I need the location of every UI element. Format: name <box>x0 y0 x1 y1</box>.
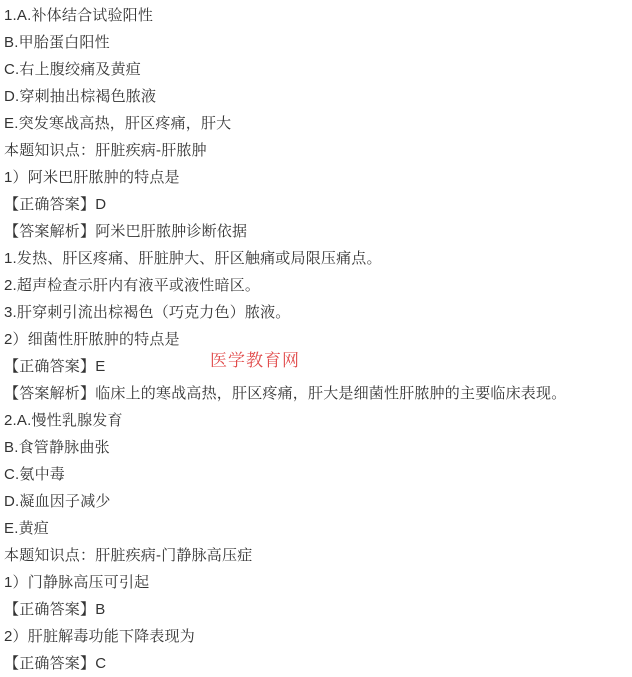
text-line: B.甲胎蛋白阳性 <box>4 29 632 56</box>
text-line: B.食管静脉曲张 <box>4 434 632 461</box>
text-line: 【答案解析】临床上的寒战高热，肝区疼痛，肝大是细菌性肝脓肿的主要临床表现。 <box>4 380 632 407</box>
text-line: 2）肝脏解毒功能下降表现为 <box>4 623 632 650</box>
text-line: 【正确答案】D <box>4 191 632 218</box>
text-line: 本题知识点：肝脏疾病-肝脓肿 <box>4 137 632 164</box>
text-line: 【正确答案】E <box>4 353 632 380</box>
text-line: D.穿刺抽出棕褐色脓液 <box>4 83 632 110</box>
question-text-block: 1.A.补体结合试验阳性B.甲胎蛋白阳性C.右上腹绞痛及黄疸D.穿刺抽出棕褐色脓… <box>4 2 632 677</box>
text-line: C.氨中毒 <box>4 461 632 488</box>
text-line: C.右上腹绞痛及黄疸 <box>4 56 632 83</box>
text-line: D.凝血因子减少 <box>4 488 632 515</box>
text-line: 【正确答案】C <box>4 650 632 677</box>
exam-document: 1.A.补体结合试验阳性B.甲胎蛋白阳性C.右上腹绞痛及黄疸D.穿刺抽出棕褐色脓… <box>0 0 632 677</box>
text-line: 【答案解析】阿米巴肝脓肿诊断依据 <box>4 218 632 245</box>
text-line: E.黄疸 <box>4 515 632 542</box>
text-line: 本题知识点：肝脏疾病-门静脉高压症 <box>4 542 632 569</box>
text-line: 1.发热、肝区疼痛、肝脏肿大、肝区触痛或局限压痛点。 <box>4 245 632 272</box>
text-line: 3.肝穿刺引流出棕褐色（巧克力色）脓液。 <box>4 299 632 326</box>
text-line: 2.超声检查示肝内有液平或液性暗区。 <box>4 272 632 299</box>
text-line: E.突发寒战高热，肝区疼痛，肝大 <box>4 110 632 137</box>
text-line: 2）细菌性肝脓肿的特点是 <box>4 326 632 353</box>
text-line: 1.A.补体结合试验阳性 <box>4 2 632 29</box>
text-line: 1）门静脉高压可引起 <box>4 569 632 596</box>
text-line: 1）阿米巴肝脓肿的特点是 <box>4 164 632 191</box>
text-line: 【正确答案】B <box>4 596 632 623</box>
text-line: 2.A.慢性乳腺发育 <box>4 407 632 434</box>
